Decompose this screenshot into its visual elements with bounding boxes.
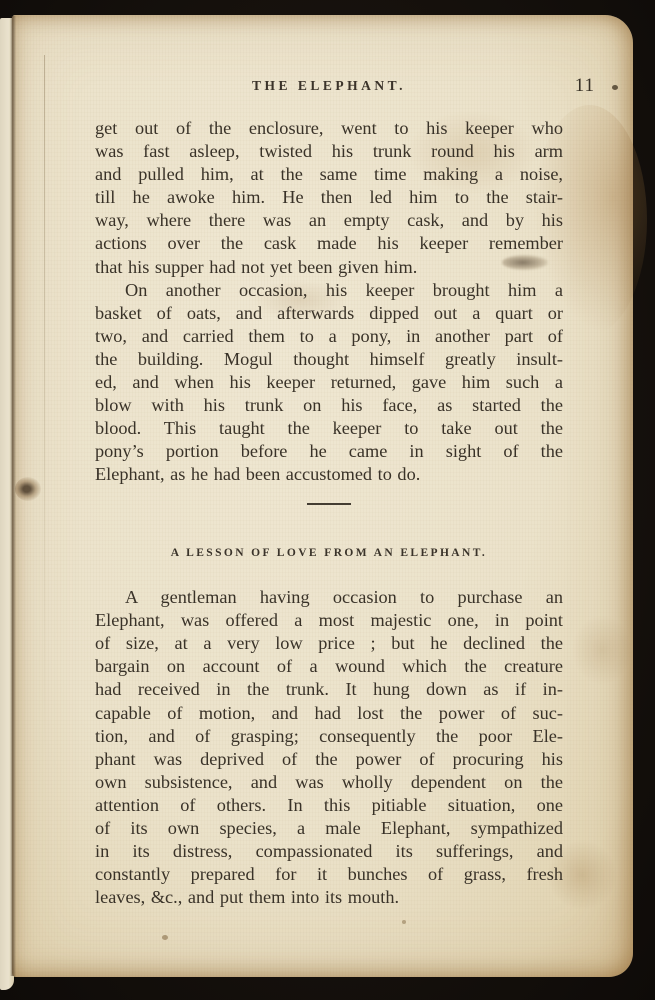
fold-line xyxy=(44,55,45,755)
paragraph: On another occasion, his keeper brought … xyxy=(95,279,563,487)
printed-content: THE ELEPHANT. 11 get out of the enclosur… xyxy=(12,15,633,977)
text-line: On another occasion, his keeper brought … xyxy=(95,279,563,302)
paragraph: A gentleman having occasion to purchase … xyxy=(95,586,563,909)
text-line: constantly prepared for it bunches of gr… xyxy=(95,863,563,886)
text-line: pony’s portion before he came in sight o… xyxy=(95,440,563,463)
text-line: get out of the enclosure, went to his ke… xyxy=(95,117,563,140)
text-line: attention of others. In this pitiable si… xyxy=(95,794,563,817)
running-header: THE ELEPHANT. 11 xyxy=(95,78,563,100)
text-line: in its distress, compassionated its suff… xyxy=(95,840,563,863)
running-header-title: THE ELEPHANT. xyxy=(95,78,563,94)
text-line: way, where there was an empty cask, and … xyxy=(95,209,563,232)
paragraph: get out of the enclosure, went to his ke… xyxy=(95,117,563,279)
text-line: and pulled him, at the same time making … xyxy=(95,163,563,186)
text-line: Elephant, as he had been accustomed to d… xyxy=(95,463,563,486)
text-line: of size, at a very low price ; but he de… xyxy=(95,632,563,655)
text-line: till he awoke him. He then led him to th… xyxy=(95,186,563,209)
text-body: get out of the enclosure, went to his ke… xyxy=(95,117,563,909)
text-line: Elephant, was offered a most majestic on… xyxy=(95,609,563,632)
text-line: the building. Mogul thought himself grea… xyxy=(95,348,563,371)
section-heading: A LESSON OF LOVE FROM AN ELEPHANT. xyxy=(95,542,563,565)
text-line: blow with his trunk on his face, as star… xyxy=(95,394,563,417)
text-line: bargain on account of a wound which the … xyxy=(95,655,563,678)
text-line: had received in the trunk. It hung down … xyxy=(95,678,563,701)
text-line: basket of oats, and afterwards dipped ou… xyxy=(95,302,563,325)
text-line: actions over the cask made his keeper re… xyxy=(95,232,563,255)
section-divider xyxy=(307,503,351,506)
binding-crease xyxy=(10,16,16,976)
text-line: tion, and of grasping; consequently the … xyxy=(95,725,563,748)
text-line: two, and carried them to a pony, in anot… xyxy=(95,325,563,348)
book-page: THE ELEPHANT. 11 get out of the enclosur… xyxy=(12,15,633,977)
page-number: 11 xyxy=(575,75,595,97)
text-line: that his supper had not yet been given h… xyxy=(95,256,563,279)
text-line: of its own species, a male Elephant, sym… xyxy=(95,817,563,840)
text-line: ed, and when his keeper returned, gave h… xyxy=(95,371,563,394)
text-line: was fast asleep, twisted his trunk round… xyxy=(95,140,563,163)
text-line: blood. This taught the keeper to take ou… xyxy=(95,417,563,440)
text-line: leaves, &c., and put them into its mouth… xyxy=(95,886,563,909)
text-line: capable of motion, and had lost the powe… xyxy=(95,702,563,725)
text-line: own subsistence, and was wholly dependen… xyxy=(95,771,563,794)
text-line: phant was deprived of the power of procu… xyxy=(95,748,563,771)
text-line: A gentleman having occasion to purchase … xyxy=(95,586,563,609)
